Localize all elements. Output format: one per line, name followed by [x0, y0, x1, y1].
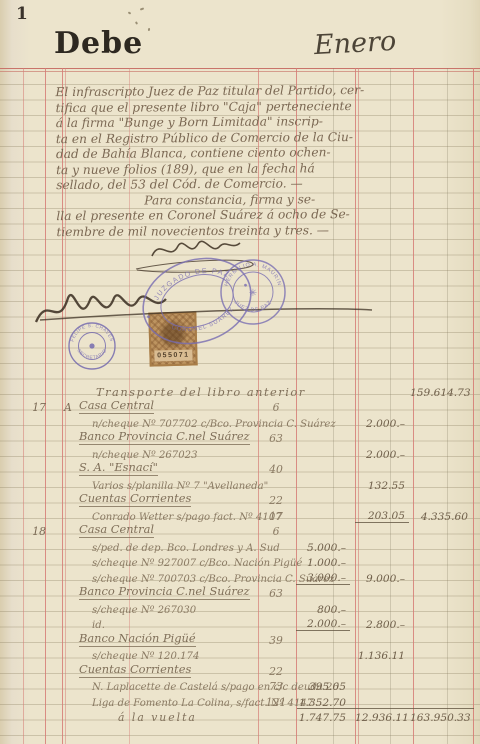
amount-col2: 1.136.11	[355, 650, 409, 662]
ledger-row: N. Laplacette de Castelá s/pago en c/c d…	[0, 679, 480, 695]
entry-folio: 73	[258, 680, 294, 693]
entry-description: Banco Provincia C.nel Suárez	[79, 429, 250, 445]
ledger-row: Transporte del libro anterior159.614.73	[0, 384, 480, 400]
entry-description: n/cheque Nº 267023	[92, 450, 198, 461]
revenue-stamp-medallion	[158, 319, 187, 350]
amount-col2: 132.55	[355, 480, 409, 492]
entry-marker: A	[64, 401, 72, 414]
ledger-row: Liga de Fomento La Colina, s/fact. Nº 41…	[0, 694, 480, 710]
entry-description: S. A. "Esnací"	[79, 460, 158, 476]
entry-folio: 63	[258, 432, 294, 445]
entry-description: Banco Nación Pigüé	[79, 631, 196, 647]
entry-description: Transporte del libro anterior	[96, 385, 306, 399]
amount-col1: 395.05	[296, 681, 350, 693]
total-rule	[297, 708, 474, 709]
ledger-row: Conrado Wetter s/pago fact. Nº 410717203…	[0, 508, 480, 524]
ledger-row: 18Casa Central6	[0, 524, 480, 540]
entry-folio: 6	[258, 401, 294, 414]
amount-col2: 203.05	[355, 510, 409, 523]
revenue-stamp-serial: 055071	[154, 349, 192, 361]
amount-col2: 2.000.–	[355, 418, 409, 430]
entry-description: n/cheque Nº 707702 c/Bco. Provincia C. S…	[92, 419, 336, 430]
ledger-row: Cuentas Corrientes22	[0, 493, 480, 509]
ledger-row: S. A. "Esnací"40	[0, 462, 480, 478]
amount-col1: 3.000.–	[296, 572, 350, 585]
entry-description: Varios s/planilla Nº 7 "Avellaneda"	[92, 481, 268, 492]
entry-description: s/ped. de dep. Bco. Londres y A. Sud	[92, 543, 280, 554]
ledger-row: s/cheque Nº 267030800.–	[0, 601, 480, 617]
entry-day: 17	[24, 401, 46, 414]
entry-folio: 39	[258, 634, 294, 647]
entry-description: á la vuelta	[118, 711, 197, 724]
amount-col2: 2.000.–	[355, 449, 409, 461]
entry-description: Cuentas Corrientes	[79, 662, 191, 678]
amount-col2: 2.800.–	[355, 619, 409, 631]
entry-description: Cuentas Corrientes	[79, 491, 191, 507]
entry-description: Casa Central	[79, 522, 154, 538]
ledger-row: Cuentas Corrientes22	[0, 663, 480, 679]
entry-description: id.	[92, 620, 105, 631]
ledger-page: 1 Debe Enero El infrascripto Juez de Paz…	[0, 0, 480, 744]
entry-description: s/cheque Nº 267030	[92, 605, 196, 616]
ledger-row: á la vuelta1.747.7512.936.11163.950.33	[0, 710, 480, 726]
entry-folio: 121	[258, 696, 294, 709]
amount-col1: 1.747.75	[296, 712, 350, 724]
ledger-row: Banco Nación Pigüé39	[0, 632, 480, 648]
amount-col1: 5.000.–	[296, 542, 350, 554]
amount-col2: 9.000.–	[355, 573, 409, 585]
amount-col3: 4.335.60	[410, 511, 472, 523]
ledger-row: 17ACasa Central6	[0, 400, 480, 416]
ledger-row: s/cheque Nº 120.1741.136.11	[0, 648, 480, 664]
entry-folio: 22	[258, 665, 294, 678]
entry-folio: 6	[258, 525, 294, 538]
entry-description: Banco Provincia C.nel Suárez	[79, 584, 250, 600]
entry-folio: 63	[258, 587, 294, 600]
amount-col1: 800.–	[296, 604, 350, 616]
entry-folio: 40	[258, 463, 294, 476]
ledger-row: id.2.000.–2.800.–	[0, 617, 480, 633]
ledger-row: s/cheque Nº 927007 c/Bco. Nación Pigüé1.…	[0, 555, 480, 571]
amount-col1: 1.000.–	[296, 557, 350, 569]
revenue-stamp: 055071	[148, 311, 197, 366]
ledger-row: Banco Provincia C.nel Suárez63	[0, 431, 480, 447]
entry-folio: 22	[258, 494, 294, 507]
entry-folio: 17	[258, 510, 294, 523]
amount-col1: 2.000.–	[296, 618, 350, 631]
entry-description: s/cheque Nº 120.174	[92, 651, 199, 662]
entry-description: Conrado Wetter s/pago fact. Nº 4107	[92, 512, 282, 523]
ledger-row: s/ped. de dep. Bco. Londres y A. Sud5.00…	[0, 539, 480, 555]
amount-col3: 163.950.33	[410, 712, 472, 724]
entry-description: s/cheque Nº 927007 c/Bco. Nación Pigüé	[92, 558, 302, 569]
amount-col2: 12.936.11	[355, 712, 409, 724]
ledger-row: n/cheque Nº 2670232.000.–	[0, 446, 480, 462]
entry-description: Casa Central	[79, 398, 154, 414]
amount-col3: 159.614.73	[410, 387, 472, 399]
ledger-row: Varios s/planilla Nº 7 "Avellaneda"132.5…	[0, 477, 480, 493]
ledger-entries: Transporte del libro anterior159.614.731…	[0, 0, 480, 744]
entry-day: 18	[24, 525, 46, 538]
ledger-row: Banco Provincia C.nel Suárez63	[0, 586, 480, 602]
